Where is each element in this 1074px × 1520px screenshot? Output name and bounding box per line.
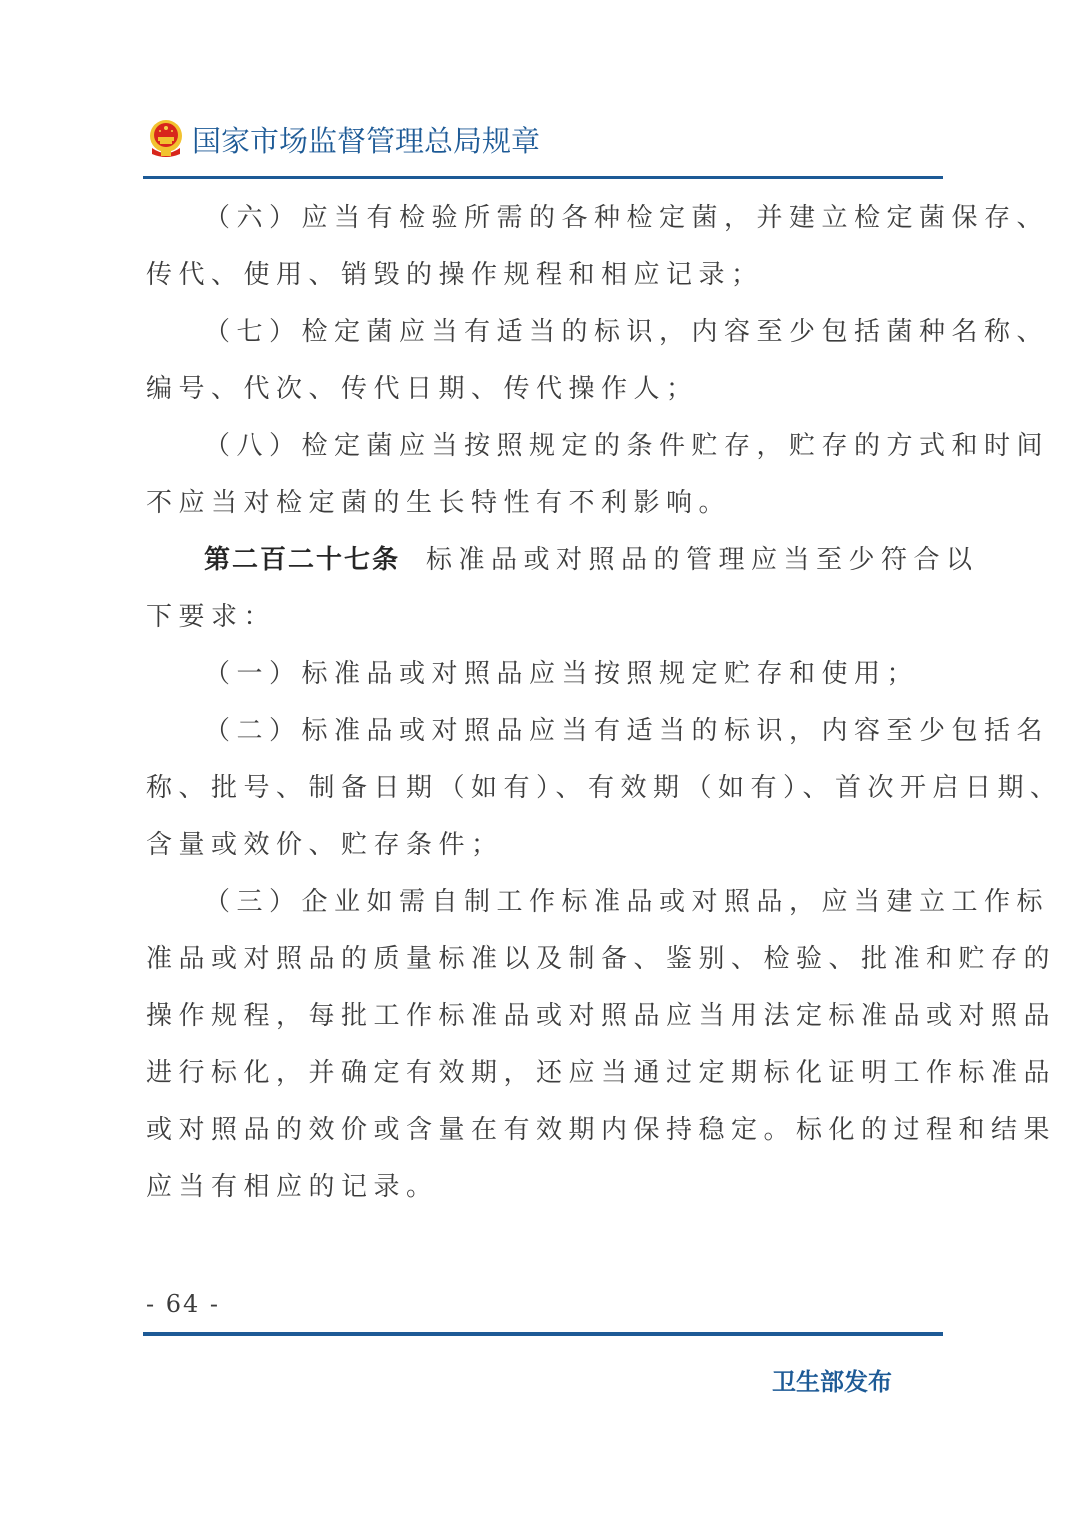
national-emblem-icon <box>146 118 186 160</box>
paragraph-line: 下要求： <box>146 589 942 646</box>
paragraph-line: （八）检定菌应当按照规定的条件贮存，贮存的方式和时间 <box>146 418 942 475</box>
header-title: 国家市场监督管理总局规章 <box>192 119 540 160</box>
publisher-label: 卫生部发布 <box>772 1362 892 1397</box>
article-text: 标准品或对照品的管理应当至少符合以 <box>426 545 979 575</box>
paragraph-line: 进行标化，并确定有效期，还应当通过定期标化证明工作标准品 <box>146 1045 942 1102</box>
paragraph-line: 含量或效价、贮存条件； <box>146 817 942 874</box>
paragraph-line: （三）企业如需自制工作标准品或对照品，应当建立工作标 <box>146 874 942 931</box>
page-header: 国家市场监督管理总局规章 <box>146 114 540 164</box>
paragraph-line: 或对照品的效价或含量在有效期内保持稳定。标化的过程和结果 <box>146 1102 942 1159</box>
page-number: - 64 - <box>146 1290 220 1318</box>
paragraph-line: 准品或对照品的质量标准以及制备、鉴别、检验、批准和贮存的 <box>146 931 942 988</box>
article-heading-line: 第二百二十七条标准品或对照品的管理应当至少符合以 <box>146 532 942 589</box>
paragraph-line: （七）检定菌应当有适当的标识，内容至少包括菌种名称、 <box>146 304 942 361</box>
paragraph-line: （二）标准品或对照品应当有适当的标识，内容至少包括名 <box>146 703 942 760</box>
footer-divider <box>143 1332 943 1336</box>
paragraph-line: 编号、代次、传代日期、传代操作人； <box>146 361 942 418</box>
header-divider <box>143 176 943 179</box>
paragraph-line: 操作规程，每批工作标准品或对照品应当用法定标准品或对照品 <box>146 988 942 1045</box>
document-body: （六）应当有检验所需的各种检定菌，并建立检定菌保存、 传代、使用、销毁的操作规程… <box>146 190 942 1216</box>
paragraph-line: （六）应当有检验所需的各种检定菌，并建立检定菌保存、 <box>146 190 942 247</box>
paragraph-line: 传代、使用、销毁的操作规程和相应记录； <box>146 247 942 304</box>
paragraph-line: 不应当对检定菌的生长特性有不利影响。 <box>146 475 942 532</box>
article-label: 第二百二十七条 <box>204 545 400 575</box>
paragraph-line: （一）标准品或对照品应当按照规定贮存和使用； <box>146 646 942 703</box>
paragraph-line: 应当有相应的记录。 <box>146 1159 942 1216</box>
paragraph-line: 称、批号、制备日期（如有）、有效期（如有）、首次开启日期、 <box>146 760 942 817</box>
